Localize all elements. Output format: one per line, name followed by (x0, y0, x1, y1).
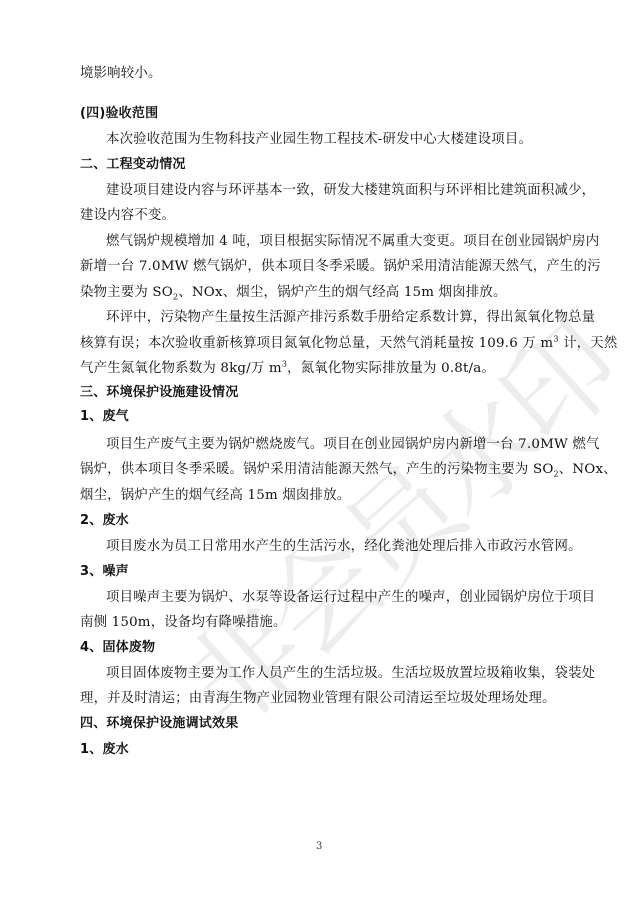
text: 、NOx、烟尘，锅炉产生的烟气经高 15m 烟囱排放。 (178, 285, 506, 300)
text: 锅炉，供本项目冬季采暖。锅炉采用清洁能源天然气，产生的污染物主要为 SO (80, 462, 554, 477)
paragraph-line: 染物主要为 SO2、NOx、烟尘，锅炉产生的烟气经高 15m 烟囱排放。 (80, 285, 507, 301)
subheading-water: 2、废水 (80, 513, 129, 529)
paragraph-line: 燃气锅炉规模增加 4 吨，项目根据实际情况不属重大变更。项目在创业园锅炉房内 (106, 234, 599, 250)
paragraph-line: 烟尘，锅炉产生的烟气经高 15m 烟囱排放。 (80, 488, 350, 504)
text: 计，天然 (559, 336, 618, 351)
section-heading-effect: 四、环境保护设施调试效果 (80, 716, 238, 732)
watermark: 非会员水印 (144, 283, 640, 757)
paragraph-line: 核算有误；本次验收重新核算项目氮氧化物总量，天然气消耗量按 109.6 万 m3… (80, 336, 617, 352)
paragraph-line: 本次验收范围为生物科技产业园生物工程技术-研发中心大楼建设项目。 (106, 132, 532, 148)
section-heading-env: 三、环境保护设施建设情况 (80, 385, 238, 401)
paragraph-line: 项目固体废物主要为工作人员产生的生活垃圾。生活垃圾放置垃圾箱收集，袋装处 (106, 666, 595, 682)
paragraph-line: 境影响较小。 (80, 66, 162, 82)
paragraph-line: 新增一台 7.0MW 燃气锅炉，供本项目冬季采暖。锅炉采用清洁能源天然气，产生的… (80, 259, 601, 275)
subheading-gas: 1、废气 (80, 409, 129, 425)
text: 气产生氮氧化物系数为 8kg/万 m (80, 361, 282, 376)
page-number: 3 (316, 841, 322, 852)
paragraph-line: 项目废水为员工日常用水产生的生活污水，经化粪池处理后排入市政污水管网。 (106, 539, 582, 555)
text: 染物主要为 SO (80, 285, 173, 300)
text: 、NOx、 (559, 462, 617, 477)
paragraph-line: 理，并及时清运；由青海生物产业园物业管理有限公司清运至垃圾处理场处理。 (80, 691, 556, 707)
paragraph-line: 建设内容不变。 (80, 208, 175, 224)
paragraph-line: 南侧 150m，设备均有降噪措施。 (80, 615, 287, 631)
text: ，氮氧化物实际排放量为 0.8t/a。 (287, 361, 495, 376)
paragraph-line: 项目生产废气主要为锅炉燃烧废气。项目在创业园锅炉房内新增一台 7.0MW 燃气 (106, 437, 600, 453)
text: 核算有误；本次验收重新核算项目氮氧化物总量，天然气消耗量按 109.6 万 m (80, 336, 553, 351)
paragraph-line: 气产生氮氧化物系数为 8kg/万 m3，氮氧化物实际排放量为 0.8t/a。 (80, 361, 495, 377)
subheading-water-2: 1、废水 (80, 742, 129, 758)
paragraph-line: 环评中，污染物产生量按生活源产排污系数手册给定系数计算，得出氮氧化物总量 (106, 310, 595, 326)
section-heading-scope: (四)验收范围 (80, 106, 158, 122)
subheading-solid-waste: 4、固体废物 (80, 640, 155, 656)
paragraph-line: 项目噪声主要为锅炉、水泵等设备运行过程中产生的噪声，创业园锅炉房位于项目 (106, 590, 595, 606)
paragraph-line: 锅炉，供本项目冬季采暖。锅炉采用清洁能源天然气，产生的污染物主要为 SO2、NO… (80, 462, 617, 478)
section-heading-changes: 二、工程变动情况 (80, 157, 186, 173)
document-page: 非会员水印 境影响较小。 (四)验收范围 本次验收范围为生物科技产业园生物工程技… (0, 0, 640, 905)
subheading-noise: 3、噪声 (80, 564, 129, 580)
paragraph-line: 建设项目建设内容与环评基本一致，研发大楼建筑面积与环评相比建筑面积减少， (106, 183, 595, 199)
